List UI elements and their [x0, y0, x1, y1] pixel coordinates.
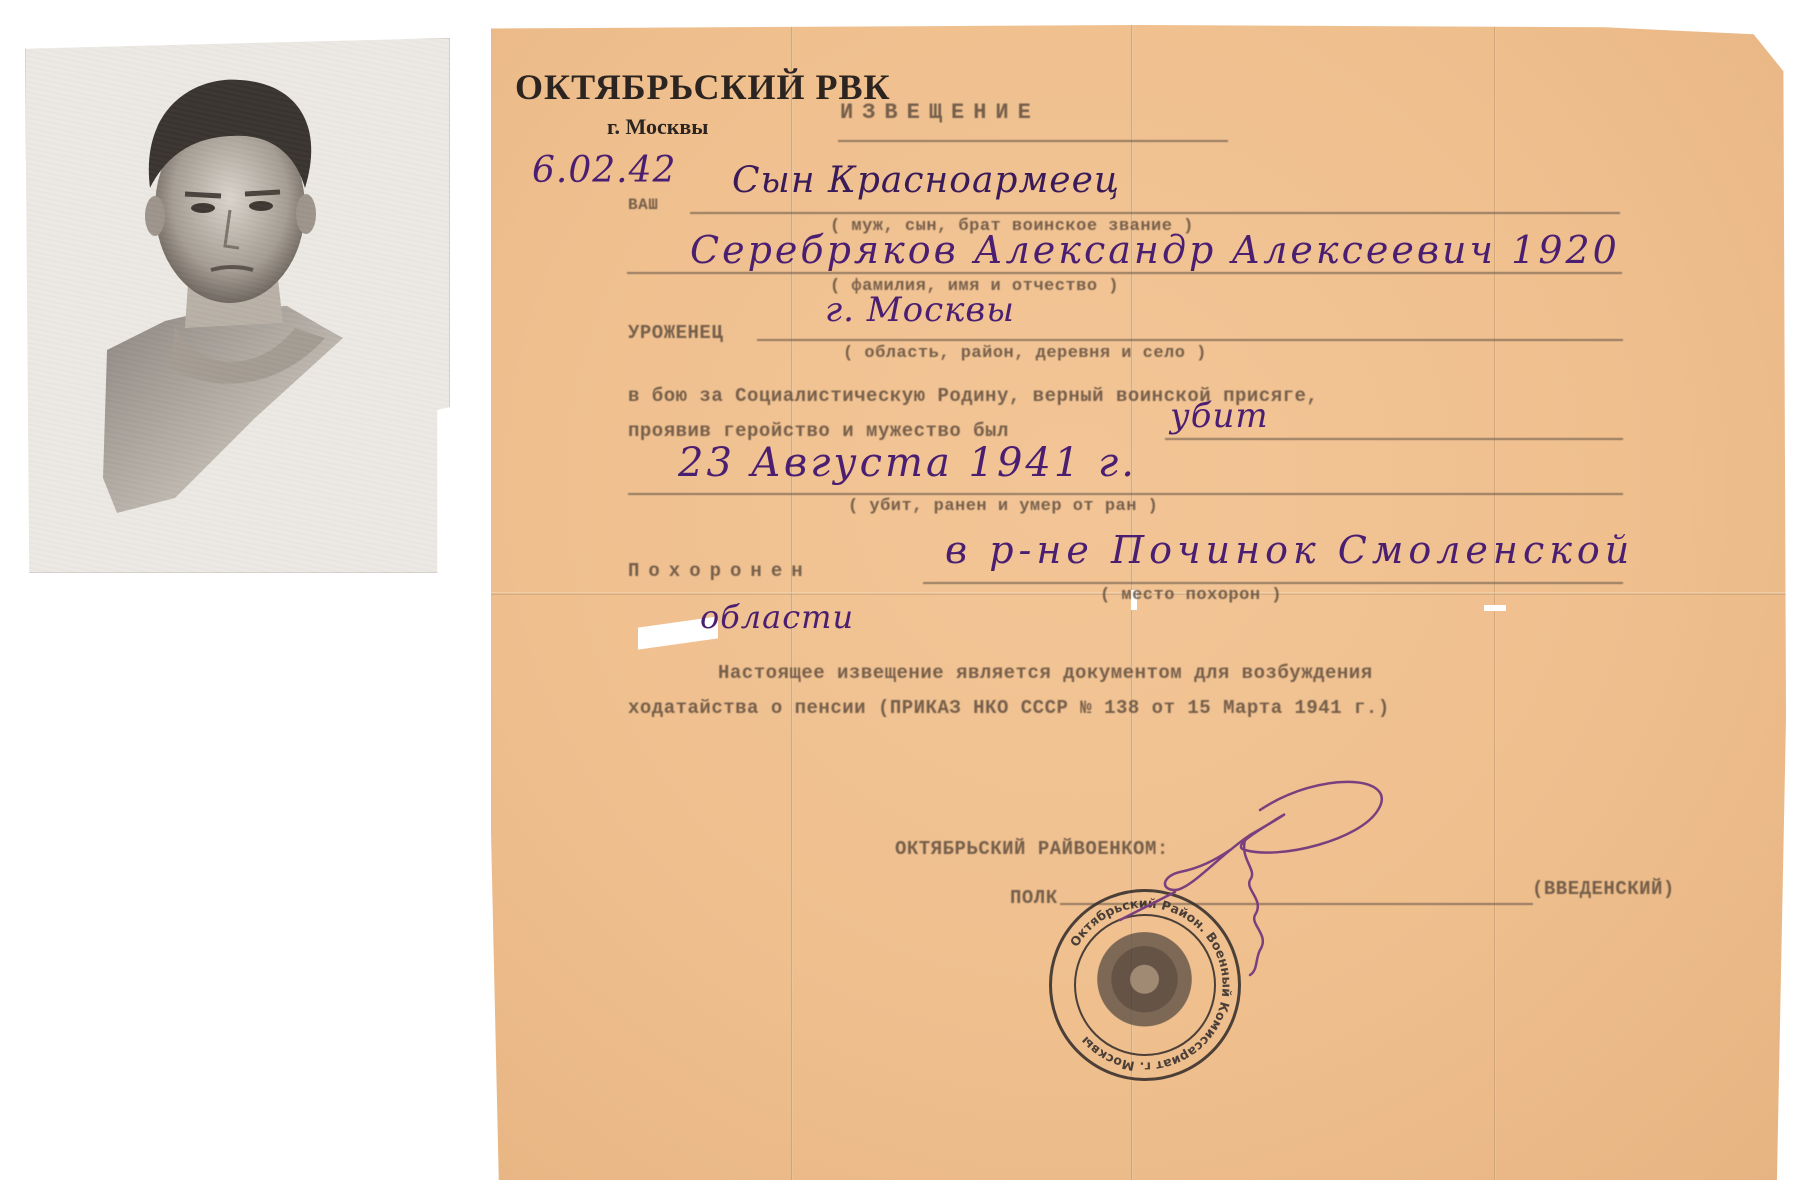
death-caption: ( убит, ранен и умер от ран )	[848, 497, 1158, 516]
letterhead-city: г. Москвы	[607, 114, 708, 140]
birthplace-caption: ( область, район, деревня и село )	[843, 344, 1207, 363]
field-line	[627, 272, 1622, 274]
notice-line1: Настоящее извещение является документом …	[718, 662, 1373, 684]
portrait-photo	[25, 38, 450, 573]
photo-texture	[25, 38, 450, 573]
fold-line	[1494, 25, 1496, 1180]
letterhead-office: ОКТЯБРЬСКИЙ РВК	[515, 66, 891, 108]
handwritten-date: 6.02.42	[532, 150, 676, 191]
relation-rank-value: Сын Красноармеец	[732, 160, 1120, 201]
field-line	[690, 212, 1620, 214]
full-name-value: Серебряков Александр Алексеевич 1920	[690, 228, 1620, 272]
field-line	[1165, 438, 1623, 440]
title-underline	[838, 140, 1228, 142]
document-title: ИЗВЕЩЕНИЕ	[840, 100, 1040, 125]
burial-place-value-cont: области	[700, 598, 854, 636]
field-label-vash: ВАШ	[628, 196, 658, 214]
field-line	[628, 493, 1623, 495]
battle-text-line2: проявив геройство и мужество был	[628, 420, 1009, 442]
burial-place-value: в р-не Починок Смоленской	[945, 528, 1634, 572]
status-value: убит	[1170, 396, 1269, 436]
burial-label: Похоронен	[628, 560, 812, 582]
burial-caption: ( место похорон )	[1100, 586, 1282, 605]
field-label-native: УРОЖЕНЕЦ	[628, 322, 723, 344]
notice-line2: ходатайства о пенсии (ПРИКАЗ НКО СССР № …	[628, 697, 1390, 719]
death-date-value: 23 Августа 1941 г.	[678, 440, 1137, 486]
field-line	[923, 582, 1623, 584]
paper-tear	[1484, 605, 1506, 611]
field-line	[757, 339, 1623, 341]
signatory-rank: ПОЛК	[1010, 887, 1058, 909]
handwritten-signature	[1100, 780, 1600, 1000]
birthplace-value: г. Москвы	[825, 290, 1015, 330]
